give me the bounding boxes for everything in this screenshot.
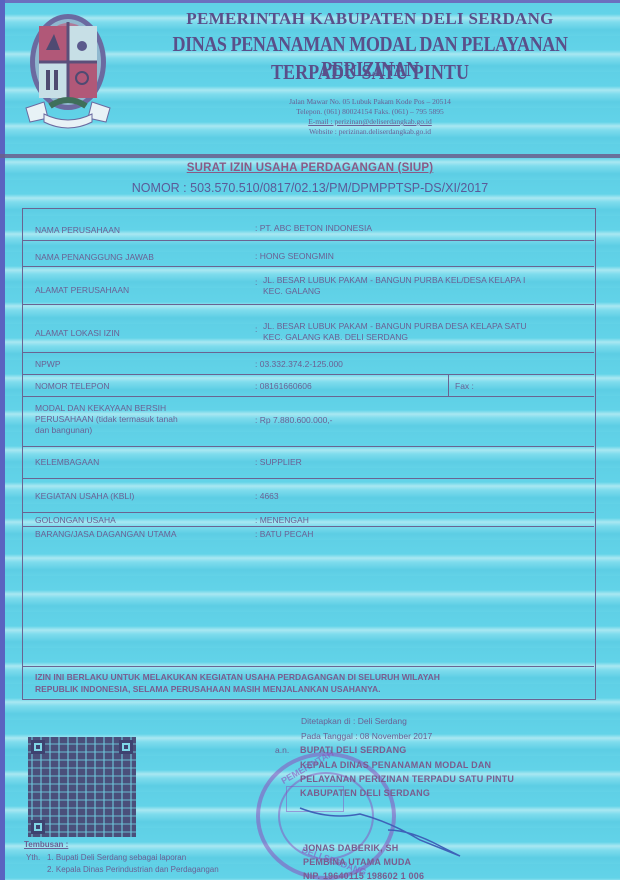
tembusan-item: 2. Kepala Dinas Perindustrian dan Perdag… xyxy=(47,865,219,874)
field-label: ALAMAT LOKASI IZIN xyxy=(35,328,120,338)
field-label: NAMA PERUSAHAAN xyxy=(35,225,120,235)
office-line1: KEPALA DINAS PENANAMAN MODAL DAN xyxy=(300,760,491,770)
page-left-edge xyxy=(0,0,5,880)
field-value: : PT. ABC BETON INDONESIA xyxy=(255,223,372,233)
field-value: : Rp 7.880.600.000,- xyxy=(255,415,333,425)
header-divider xyxy=(0,154,620,158)
field-label: dan bangunan) xyxy=(35,425,92,435)
header-agency-sub: TERPADU SATU PINTU xyxy=(159,60,580,85)
field-label: PERUSAHAAN (tidak termasuk tanah xyxy=(35,414,178,424)
field-value: : BATU PECAH xyxy=(255,529,313,539)
qr-code-icon[interactable] xyxy=(28,737,136,837)
page-top-edge xyxy=(0,0,620,3)
table-row: GOLONGAN USAHA : MENENGAH xyxy=(23,513,594,527)
field-label: KELEMBAGAAN xyxy=(35,457,99,467)
field-value: KEC. GALANG KAB. DELI SERDANG xyxy=(263,332,408,342)
office-line2: PELAYANAN PERIZINAN TERPADU SATU PINTU xyxy=(300,774,514,784)
field-label: NAMA PENANGGUNG JAWAB xyxy=(35,252,154,262)
field-value: : 03.332.374.2-125.000 xyxy=(255,359,343,369)
header-website[interactable]: Website : perizinan.deliserdangkab.go.id xyxy=(240,127,500,137)
license-details-table: NAMA PERUSAHAAN : PT. ABC BETON INDONESI… xyxy=(22,208,596,700)
field-label: GOLONGAN USAHA xyxy=(35,515,116,525)
table-row: KELEMBAGAAN : SUPPLIER xyxy=(23,447,594,479)
field-label: ALAMAT PERUSAHAAN xyxy=(35,285,129,295)
qr-finder-icon xyxy=(31,820,45,834)
header-address: Jalan Mawar No. 05 Lubuk Pakam Kode Pos … xyxy=(240,97,500,107)
field-value: : MENENGAH xyxy=(255,515,309,525)
table-row: NPWP : 03.332.374.2-125.000 xyxy=(23,353,594,375)
table-row: MODAL DAN KEKAYAAN BERSIH PERUSAHAAN (ti… xyxy=(23,397,594,447)
table-row: NAMA PENANGGUNG JAWAB : HONG SEONGMIN xyxy=(23,241,594,267)
document-title: SURAT IZIN USAHA PERDAGANGAN (SIUP) xyxy=(0,162,620,174)
field-value: : 08161660606 xyxy=(255,381,312,391)
qr-finder-icon xyxy=(119,740,133,754)
signatory-nip: NIP. 19640115 198602 1 006 xyxy=(303,871,424,880)
table-row: NAMA PERUSAHAAN : PT. ABC BETON INDONESI… xyxy=(23,209,594,241)
tembusan-prefix: Yth. xyxy=(26,853,40,862)
field-label: BARANG/JASA DAGANGAN UTAMA xyxy=(35,529,177,539)
field-label: KEGIATAN USAHA (KBLI) xyxy=(35,491,134,501)
field-value: : HONG SEONGMIN xyxy=(255,251,334,261)
tembusan-title: Tembusan : xyxy=(24,840,68,849)
header-email[interactable]: E-mail : perizinan@deliserdangkab.go.id xyxy=(240,117,500,127)
field-value: JL. BESAR LUBUK PAKAM - BANGUN PURBA DES… xyxy=(263,321,527,331)
on-behalf-title: BUPATI DELI SERDANG xyxy=(300,745,406,755)
fax-cell: Fax : xyxy=(448,375,474,396)
signatory-rank: PEMBINA UTAMA MUDA xyxy=(303,857,411,867)
field-value: : SUPPLIER xyxy=(255,457,302,467)
validity-notice-line2: REPUBLIK INDONESIA, SELAMA PERUSAHAAN MA… xyxy=(35,684,381,695)
field-label: MODAL DAN KEKAYAAN BERSIH xyxy=(35,403,166,413)
table-row: ALAMAT LOKASI IZIN : JL. BESAR LUBUK PAK… xyxy=(23,305,594,353)
field-label: NPWP xyxy=(35,359,61,369)
header-phone: Telepon. (061) 80024154 Faks. (061) – 79… xyxy=(240,107,500,117)
issued-place: Ditetapkan di : Deli Serdang xyxy=(301,716,407,726)
field-value: JL. BESAR LUBUK PAKAM - BANGUN PURBA KEL… xyxy=(263,275,525,285)
tembusan-item: 1. Bupati Deli Serdang sebagai laporan xyxy=(47,853,186,862)
field-value: KEC. GALANG xyxy=(263,286,321,296)
issued-date: Pada Tanggal : 08 November 2017 xyxy=(301,731,432,741)
validity-notice-line1: IZIN INI BERLAKU UNTUK MELAKUKAN KEGIATA… xyxy=(35,672,440,683)
office-line3: KABUPATEN DELI SERDANG xyxy=(300,788,430,798)
field-value-colon: : xyxy=(255,277,257,287)
field-value: : 4663 xyxy=(255,491,279,501)
field-label: NOMOR TELEPON xyxy=(35,381,109,391)
on-behalf-prefix: a.n. xyxy=(275,745,289,755)
table-row: KEGIATAN USAHA (KBLI) : 4663 xyxy=(23,479,594,513)
table-row: NOMOR TELEPON : 08161660606 Fax : xyxy=(23,375,594,397)
signatory-name: JONAS DABERIK, SH xyxy=(303,843,398,853)
regency-crest-icon xyxy=(20,10,116,132)
document-number: NOMOR : 503.570.510/0817/02.13/PM/DPMPPT… xyxy=(0,181,620,195)
fax-label: Fax : xyxy=(455,381,474,391)
header-government: PEMERINTAH KABUPATEN DELI SERDANG xyxy=(130,9,610,29)
field-value-colon: : xyxy=(255,324,257,334)
qr-finder-icon xyxy=(31,740,45,754)
table-row: ALAMAT PERUSAHAAN : JL. BESAR LUBUK PAKA… xyxy=(23,267,594,305)
table-row: BARANG/JASA DAGANGAN UTAMA : BATU PECAH xyxy=(23,527,594,667)
